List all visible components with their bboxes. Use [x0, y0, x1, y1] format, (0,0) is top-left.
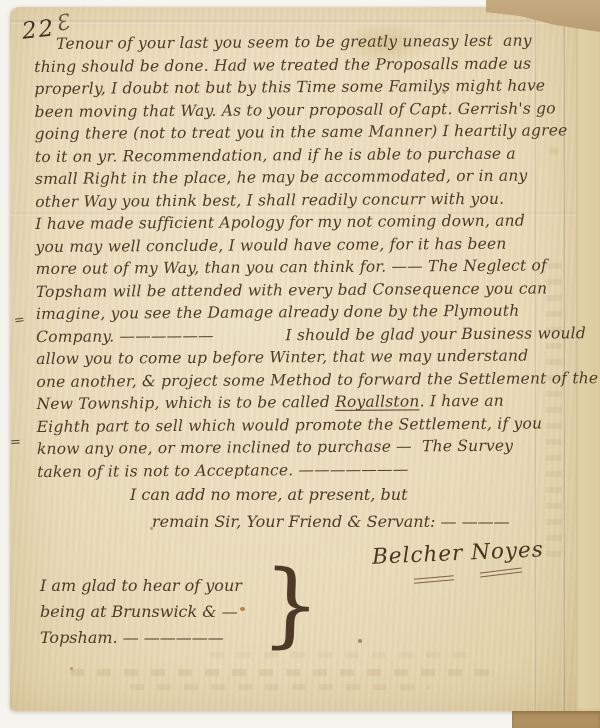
underlined-place-name: Royallston	[335, 392, 420, 411]
margin-mark: =	[13, 312, 27, 329]
letter-body: Tenour of your last you seem to be great…	[34, 29, 569, 483]
backing-sheet-bottom-right	[512, 711, 600, 728]
signature-flourish	[480, 567, 522, 577]
letter-line: properly, I doubt not but by this Time s…	[34, 74, 566, 100]
postscript-line: I am glad to hear of your	[40, 573, 242, 599]
bleedthrough-smudge	[130, 684, 430, 690]
letter-line: Tenour of your last you seem to be great…	[34, 29, 566, 55]
letter-line: imagine, you see the Damage already done…	[36, 299, 568, 325]
postscript-line: Topsham. — —————	[40, 625, 242, 651]
signature-flourish	[414, 575, 454, 583]
signature: Belcher Noyes	[372, 537, 545, 569]
closing-line: remain Sir, Your Friend & Servant: — ———	[152, 512, 510, 531]
letter-line-segment: . I have an	[419, 392, 504, 411]
bleedthrough-smudge	[70, 669, 490, 676]
postscript: I am glad to hear of your being at Bruns…	[40, 573, 242, 651]
letter-line-segment: New Township, which is to be called	[37, 393, 336, 413]
foxing-dot	[358, 639, 362, 643]
postscript-line: being at Brunswick & —	[40, 599, 242, 625]
letter-line: allow you to come up before Winter, that…	[36, 344, 568, 370]
letter-line: New Township, which is to be called Roya…	[37, 389, 569, 415]
fold-crease-horizontal	[10, 20, 576, 24]
closing-line: I can add no more, at present, but	[130, 485, 408, 504]
letter-line: taken of it is not to Acceptance. ——————…	[37, 457, 569, 483]
margin-mark: =	[9, 435, 22, 451]
postscript-brace-icon: }	[260, 558, 322, 652]
manuscript-page: 22 Ɛ = = Tenour of your last you seem to…	[10, 7, 576, 711]
letter-line: I have made sufficient Apology for my no…	[35, 209, 567, 235]
bleedthrough-smudge	[210, 652, 470, 658]
letter-line: going there (not to treat you in the sam…	[35, 119, 567, 145]
letter-line: small Right in the place, he may be acco…	[35, 164, 567, 190]
letter-line: know any one, or more inclined to purcha…	[37, 434, 569, 460]
letter-line: more out of my Way, than you can think f…	[36, 254, 568, 280]
